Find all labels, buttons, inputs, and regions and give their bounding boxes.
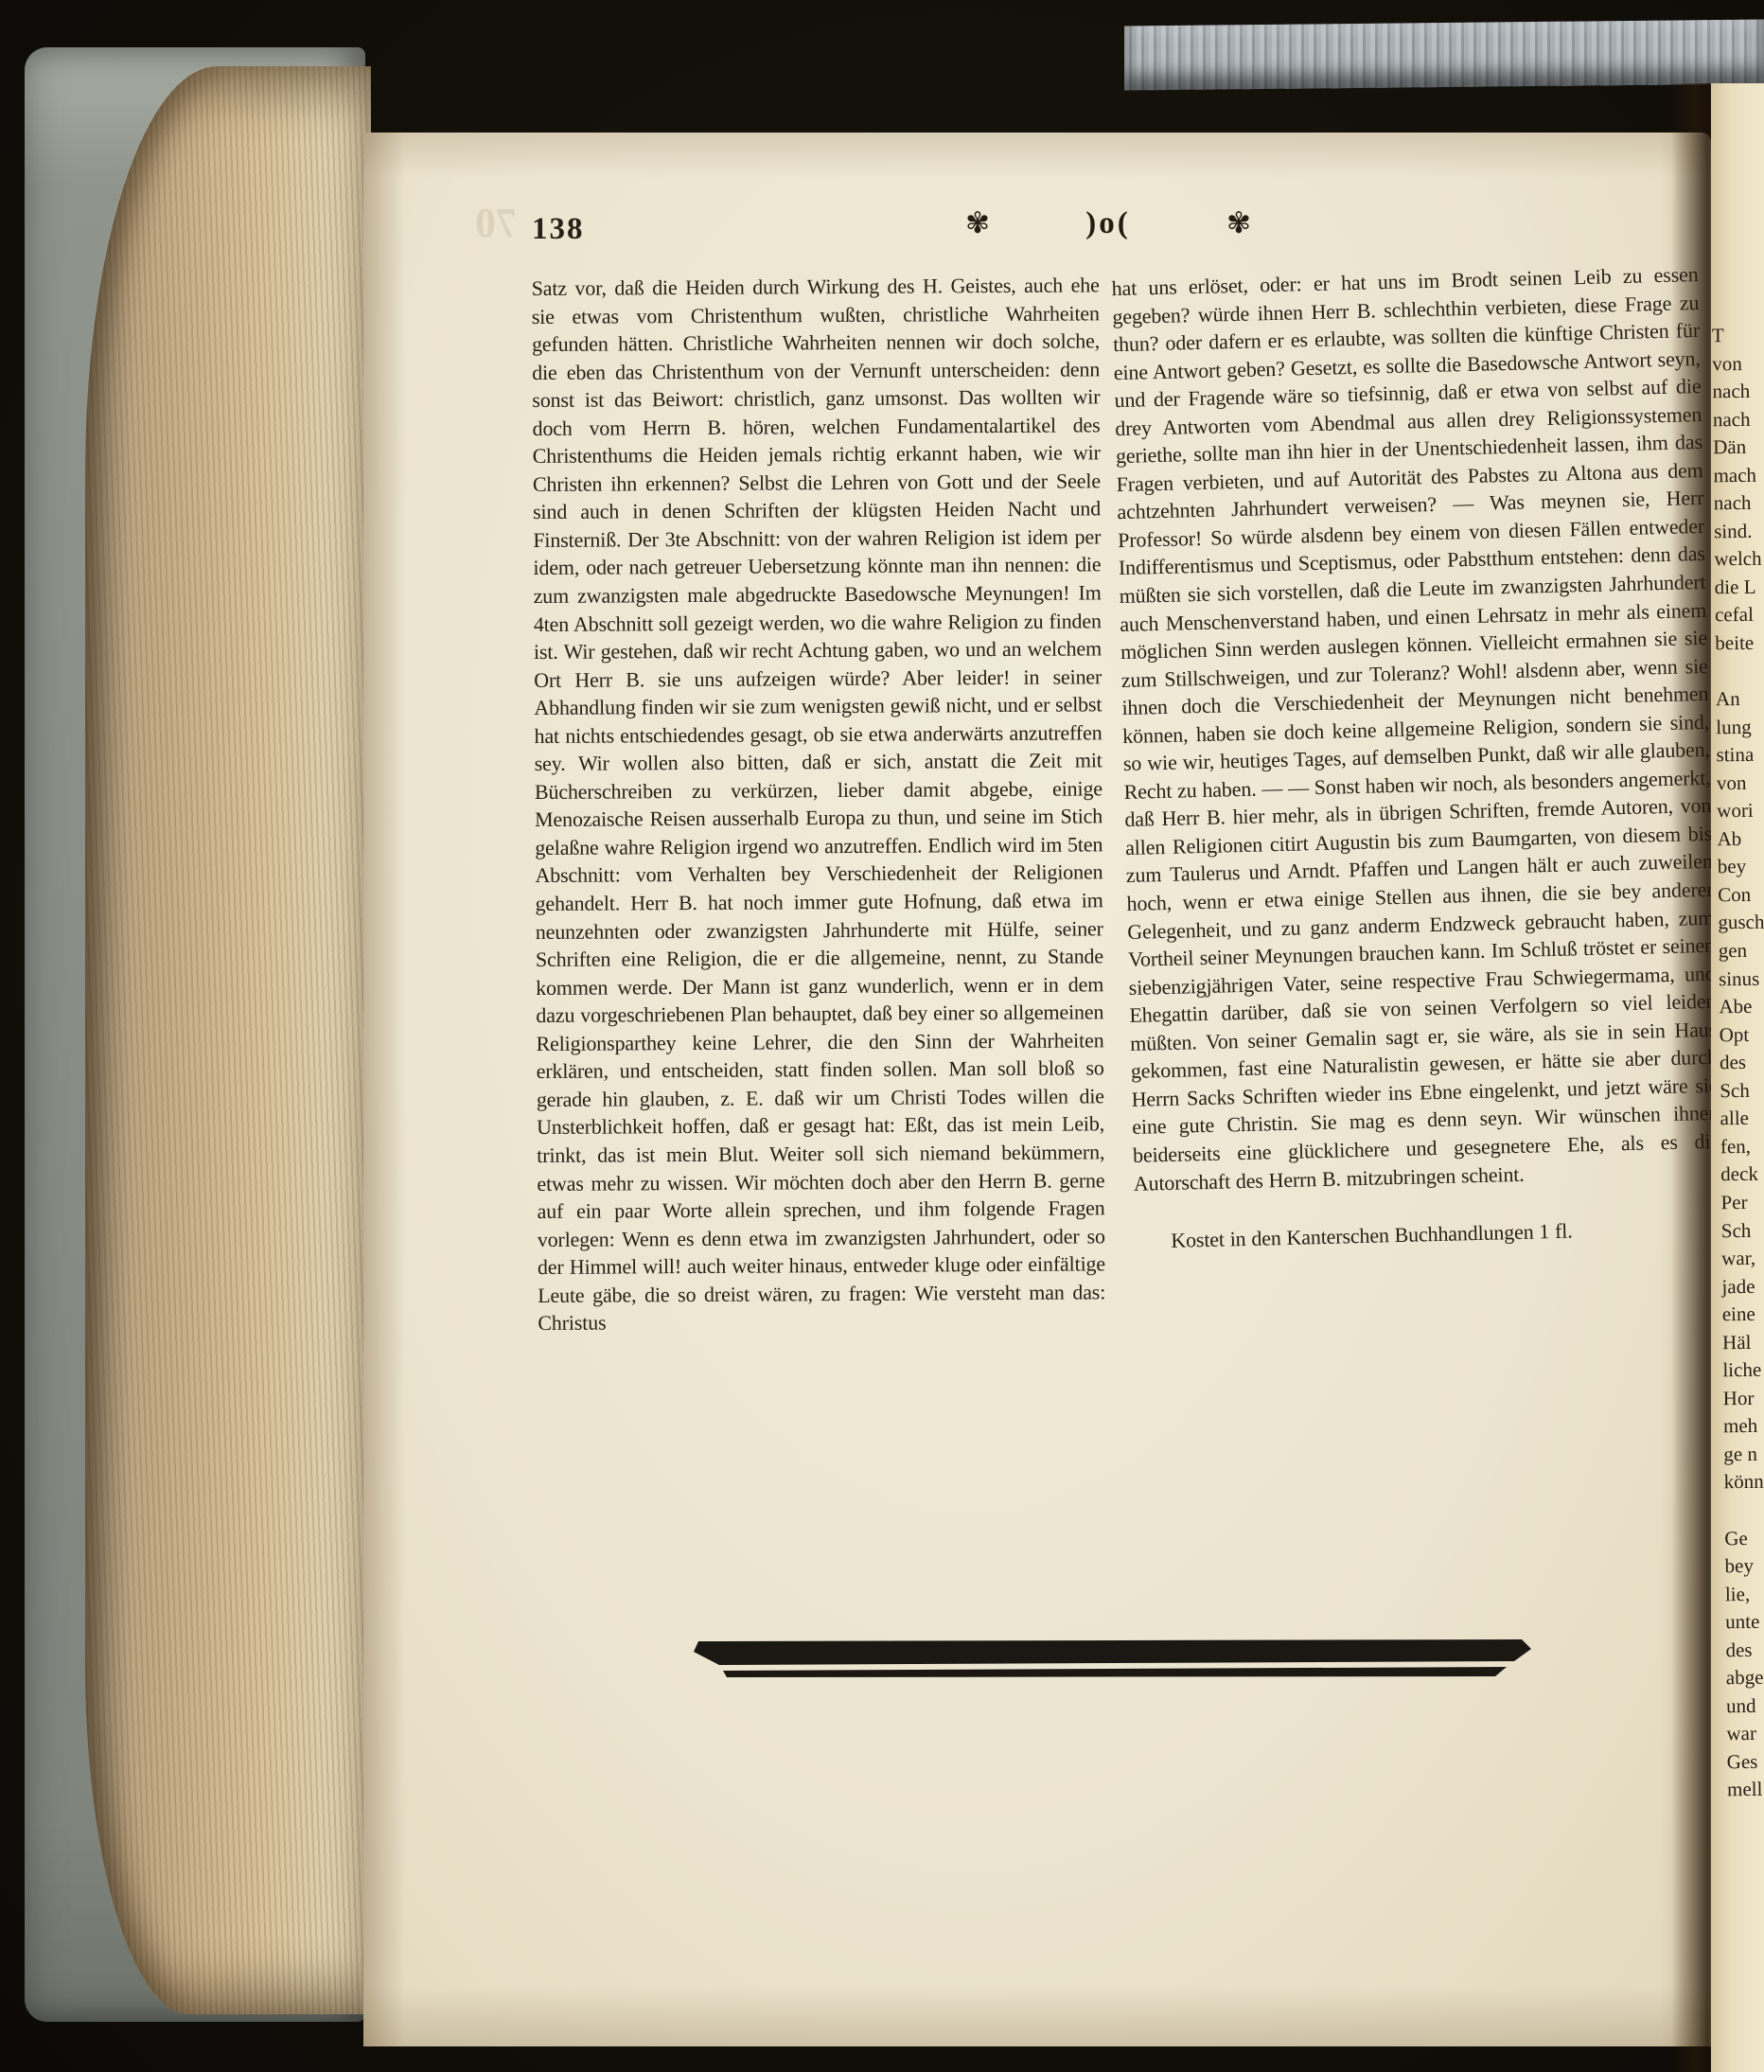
book-top-edge [1124,19,1764,90]
shell-ornament-right-icon: ✾ [1226,209,1251,239]
shell-ornament-left-icon: ✾ [965,209,990,239]
page-number: 138 [532,212,585,247]
signature-mark: )o( [1085,206,1130,241]
page-edges [85,66,371,2014]
review-text-continuation: hat uns erlöset, oder: er hat uns im Bro… [1111,260,1720,1197]
show-through-number: 70 [475,199,517,247]
book-photo: 70 138 ✾ )o( ✾ Satz vor, daß die Heiden … [0,0,1764,2072]
book-page: 70 138 ✾ )o( ✾ Satz vor, daß die Heiden … [363,133,1711,2046]
next-page-sliver: T von nach nach Dän mach nach sind. welc… [1711,83,1764,2072]
price-line: Kostet in den Kanterschen Buchhandlungen… [1135,1213,1722,1256]
text-column-right: hat uns erlöset, oder: er hat uns im Bro… [1111,260,1721,1255]
text-column-left: Satz vor, daß die Heiden durch Wirkung d… [532,271,1106,1337]
end-rule [683,1639,1531,1683]
header-ornaments: ✾ )o( ✾ [965,206,1251,241]
next-page-text-fragments: T von nach nach Dän mach nach sind. welc… [1712,322,1764,1804]
